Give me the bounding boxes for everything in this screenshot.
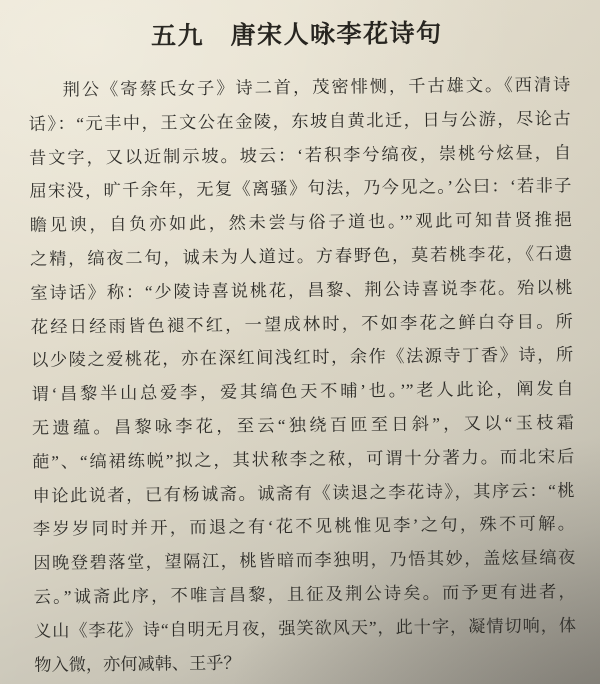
- text-line: 以少陵之爱桃花，亦在深红间浅红时，余作《法源寺丁香》诗，所: [31, 339, 573, 378]
- text-line: 因晚登碧落堂，望隔江，桃皆暗而李独明，乃悟其妙，盖炫昼缟夜: [33, 541, 575, 580]
- text-line: 话》：“元丰中，王文公在金陵，东坡自黄北迁，日与公游，尽论古: [29, 102, 571, 141]
- text-line: 申论此说者，已有杨诚斋。诚斋有《读退之李花诗》，其序云：“桃: [32, 474, 574, 513]
- page-content: 五九 唐宋人咏李花诗句 荆公《寄蔡氏女子》诗二首，茂密悱恻，千古雄文。《西清诗 …: [0, 0, 600, 684]
- text-line: 物入微，亦何减韩、王乎？: [34, 643, 576, 682]
- text-line: 谓‘昌黎半山总爱李，爱其缟色天不晡’也。’”老人此论，阐发自: [31, 372, 573, 411]
- text-line: 葩”、“缟裙练帨”拟之，其状秾李之秾，可谓十分著力。而北宋后: [32, 440, 574, 479]
- text-line: 义山《李花》诗“自明无月夜，强笑欲风天”，此十字，凝情切响，体: [34, 609, 576, 648]
- text-line: 瞻见谀，自负亦如此，然未尝与俗子道也。’”观此可知昔贤推挹: [30, 203, 572, 242]
- text-line: 李岁岁同时并开，而退之有‘花不见桃惟见李’之句，殊不可解。: [33, 507, 575, 546]
- text-line: 云。”诚斋此序，不唯言昌黎，且征及荆公诗矣。而予更有进者，: [33, 575, 575, 614]
- paragraph: 荆公《寄蔡氏女子》诗二首，茂密悱恻，千古雄文。《西清诗 话》：“元丰中，王文公在…: [28, 68, 576, 682]
- text-line: 无遗蕴。昌黎咏李花，至云“独绕百匝至日斜”，又以“玉枝霜: [32, 406, 574, 445]
- section-title: 五九 唐宋人咏李花诗句: [0, 12, 597, 54]
- text-line: 荆公《寄蔡氏女子》诗二首，茂密悱恻，千古雄文。《西清诗: [28, 68, 570, 107]
- text-line: 昔文字，又以近制示坡。坡云：‘若积李兮缟夜，崇桃兮炫昼，自: [29, 136, 571, 175]
- text-line: 之精，缟夜二句，诚未为人道过。方春野色，莫若桃李花，《石遗: [30, 237, 572, 276]
- text-line: 花经日经雨皆色褪不红，一望成林时，不如李花之鲜白夺目。所: [31, 305, 573, 344]
- text-line: 室诗话》称：“少陵诗喜说桃花，昌黎、荆公诗喜说李花。殆以桃: [30, 271, 572, 310]
- book-page: 五九 唐宋人咏李花诗句 荆公《寄蔡氏女子》诗二首，茂密悱恻，千古雄文。《西清诗 …: [0, 0, 600, 684]
- text-line: 屈宋没，旷千余年，无复《离骚》句法，乃今见之。’公曰：‘若非子: [29, 170, 571, 209]
